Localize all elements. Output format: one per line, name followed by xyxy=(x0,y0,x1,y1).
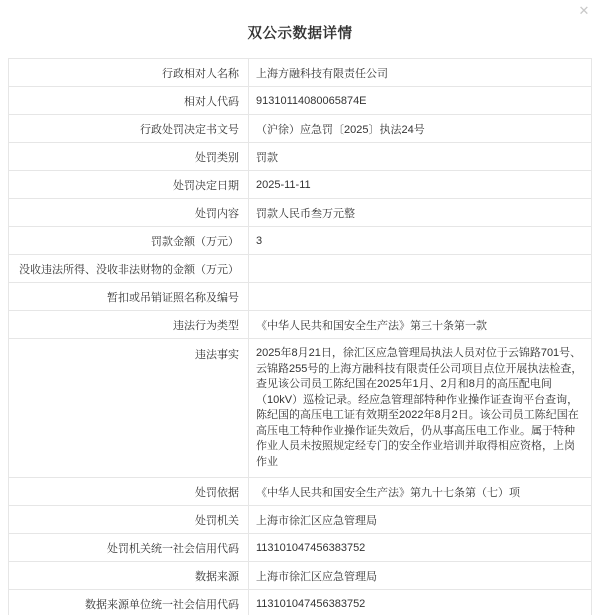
field-value: 上海市徐汇区应急管理局 xyxy=(249,562,592,590)
field-value xyxy=(249,255,592,283)
field-label: 违法行为类型 xyxy=(9,311,249,339)
close-icon[interactable]: ✕ xyxy=(578,6,590,18)
field-value: 上海方融科技有限责任公司 xyxy=(249,59,592,87)
row-confiscation-amount: 没收违法所得、没收非法财物的金额（万元） xyxy=(9,255,592,283)
field-value: 罚款 xyxy=(249,143,592,171)
field-value: 113101047456383752 xyxy=(249,590,592,615)
field-label: 处罚决定日期 xyxy=(9,171,249,199)
row-data-source: 数据来源 上海市徐汇区应急管理局 xyxy=(9,562,592,590)
field-value: 罚款人民币叁万元整 xyxy=(249,199,592,227)
row-penalty-authority: 处罚机关 上海市徐汇区应急管理局 xyxy=(9,506,592,534)
field-label: 违法事实 xyxy=(9,339,249,478)
row-license-suspension: 暂扣或吊销证照名称及编号 xyxy=(9,283,592,311)
detail-table: 行政相对人名称 上海方融科技有限责任公司 相对人代码 9131011408006… xyxy=(8,58,592,615)
row-authority-credit-code: 处罚机关统一社会信用代码 113101047456383752 xyxy=(9,534,592,562)
detail-dialog: ✕ 双公示数据详情 行政相对人名称 上海方融科技有限责任公司 相对人代码 913… xyxy=(0,0,600,615)
field-label: 处罚机关统一社会信用代码 xyxy=(9,534,249,562)
field-label: 处罚依据 xyxy=(9,478,249,506)
field-value: 2025年8月21日，徐汇区应急管理局执法人员对位于云锦路701号、云锦路255… xyxy=(249,339,592,478)
field-value: 上海市徐汇区应急管理局 xyxy=(249,506,592,534)
row-decision-number: 行政处罚决定书文号 （沪徐）应急罚〔2025〕执法24号 xyxy=(9,115,592,143)
field-label: 处罚类别 xyxy=(9,143,249,171)
row-source-credit-code: 数据来源单位统一社会信用代码 113101047456383752 xyxy=(9,590,592,615)
field-label: 暂扣或吊销证照名称及编号 xyxy=(9,283,249,311)
row-fine-amount: 罚款金额（万元） 3 xyxy=(9,227,592,255)
field-label: 罚款金额（万元） xyxy=(9,227,249,255)
row-penalty-type: 处罚类别 罚款 xyxy=(9,143,592,171)
field-label: 行政相对人名称 xyxy=(9,59,249,87)
row-violation-type: 违法行为类型 《中华人民共和国安全生产法》第三十条第一款 xyxy=(9,311,592,339)
field-label: 数据来源 xyxy=(9,562,249,590)
field-value: 3 xyxy=(249,227,592,255)
field-label: 数据来源单位统一社会信用代码 xyxy=(9,590,249,615)
row-decision-date: 处罚决定日期 2025-11-11 xyxy=(9,171,592,199)
field-value: 《中华人民共和国安全生产法》第三十条第一款 xyxy=(249,311,592,339)
field-value: 91310114080065874E xyxy=(249,87,592,115)
field-value: 113101047456383752 xyxy=(249,534,592,562)
row-party-name: 行政相对人名称 上海方融科技有限责任公司 xyxy=(9,59,592,87)
field-value xyxy=(249,283,592,311)
field-value: （沪徐）应急罚〔2025〕执法24号 xyxy=(249,115,592,143)
field-label: 行政处罚决定书文号 xyxy=(9,115,249,143)
row-penalty-content: 处罚内容 罚款人民币叁万元整 xyxy=(9,199,592,227)
field-label: 没收违法所得、没收非法财物的金额（万元） xyxy=(9,255,249,283)
dialog-title: 双公示数据详情 xyxy=(0,22,600,43)
row-party-code: 相对人代码 91310114080065874E xyxy=(9,87,592,115)
field-label: 处罚机关 xyxy=(9,506,249,534)
field-label: 处罚内容 xyxy=(9,199,249,227)
row-penalty-basis: 处罚依据 《中华人民共和国安全生产法》第九十七条第（七）项 xyxy=(9,478,592,506)
field-label: 相对人代码 xyxy=(9,87,249,115)
row-violation-facts: 违法事实 2025年8月21日，徐汇区应急管理局执法人员对位于云锦路701号、云… xyxy=(9,339,592,478)
field-value: 2025-11-11 xyxy=(249,171,592,199)
field-value: 《中华人民共和国安全生产法》第九十七条第（七）项 xyxy=(249,478,592,506)
